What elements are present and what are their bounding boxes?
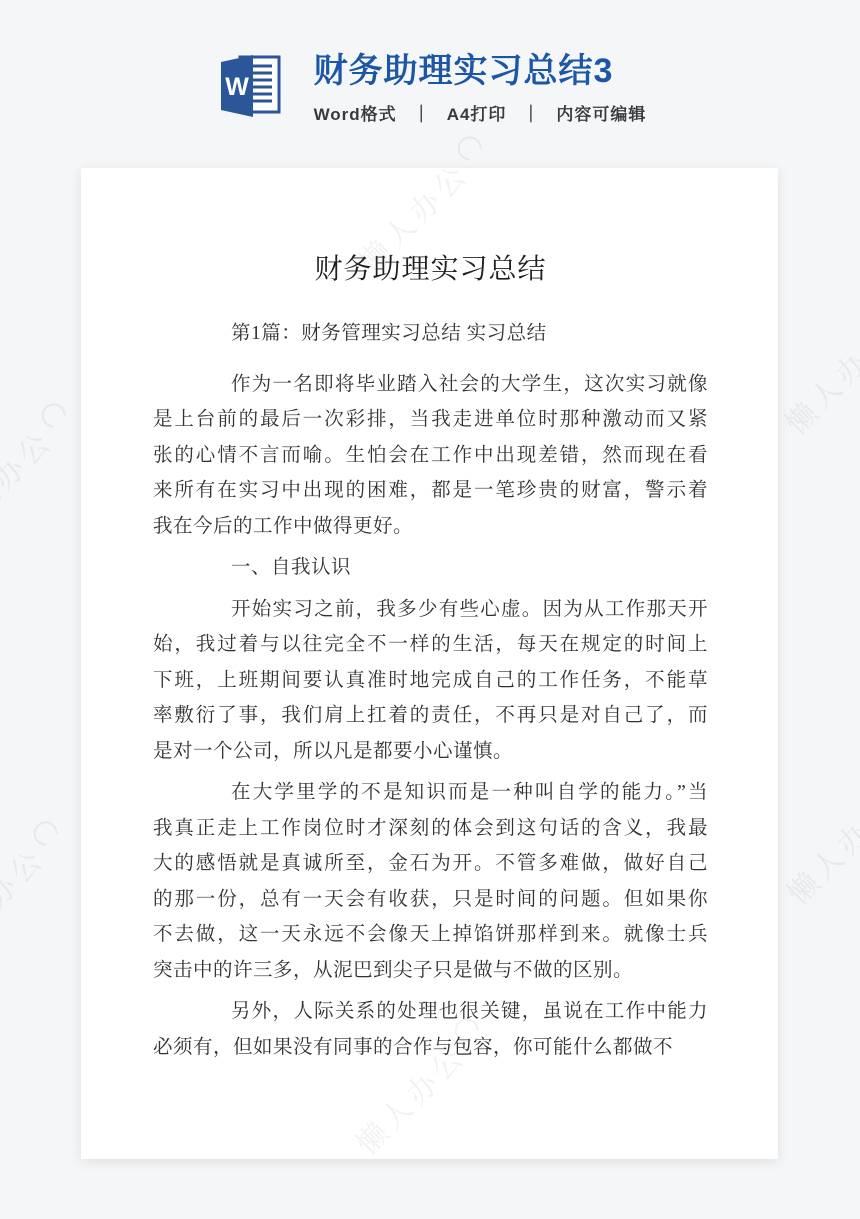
page-title: 财务助理实习总结3 (314, 52, 647, 91)
paragraph: 在大学里学的不是知识而是一种叫自学的能力。”当 我真正走上工作岗位时才深刻的体会… (153, 775, 708, 988)
page: W 财务助理实习总结3 Word格式 ｜ A4打印 ｜ 内容可编辑 财务助理实习… (0, 0, 860, 1219)
paragraph: 作为一名即将毕业踏入社会的大学生，这次实习就像 是上台前的最后一次彩排，当我走进… (153, 367, 708, 545)
header: W 财务助理实习总结3 Word格式 ｜ A4打印 ｜ 内容可编辑 (0, 52, 860, 125)
watermark-text: 懒人办公 (0, 836, 53, 966)
paragraph: 另外，人际关系的处理也很关键，虽说在工作中能力 必须有，但如果没有同事的合作与包… (153, 994, 708, 1065)
paragraph: 一、自我认识 (153, 550, 708, 586)
svg-text:W: W (225, 73, 249, 101)
format-info-bar: Word格式 ｜ A4打印 ｜ 内容可编辑 (314, 100, 647, 125)
watermark-text: 懒人办公 (773, 313, 860, 443)
watermark-swirl-icon (453, 131, 487, 165)
paragraph: 开始实习之前，我多少有些心虚。因为从工作那天开 始，我过着与以往完全不一样的生活… (153, 592, 708, 770)
watermark: 懒人办公 (773, 291, 860, 442)
watermark-swirl-icon (37, 398, 71, 432)
separator: ｜ (506, 100, 556, 125)
doc-body: 第1篇：财务管理实习总结 实习总结作为一名即将毕业踏入社会的大学生，这次实习就像… (153, 316, 708, 1065)
document-content: 财务助理实习总结 第1篇：财务管理实习总结 实习总结作为一名即将毕业踏入社会的大… (153, 250, 708, 1065)
word-icon: W (214, 53, 284, 119)
watermark-text: 懒人办公 (775, 783, 860, 913)
document-preview-page: 财务助理实习总结 第1篇：财务管理实习总结 实习总结作为一名即将毕业踏入社会的大… (81, 168, 778, 1159)
badge-editable: 内容可编辑 (556, 100, 646, 125)
watermark: 懒人办公 (775, 761, 860, 912)
watermark-text: 懒人办公 (0, 418, 61, 548)
watermark: 懒人办公 (0, 814, 75, 965)
doc-title: 财务助理实习总结 (153, 250, 708, 290)
badge-a4-print: A4打印 (447, 100, 507, 125)
paragraph: 第1篇：财务管理实习总结 实习总结 (153, 316, 708, 352)
watermark: 懒人办公 (0, 396, 83, 547)
badge-word-format: Word格式 (314, 100, 397, 125)
header-text: 财务助理实习总结3 Word格式 ｜ A4打印 ｜ 内容可编辑 (314, 52, 647, 125)
watermark-swirl-icon (29, 816, 63, 850)
separator: ｜ (397, 100, 447, 125)
